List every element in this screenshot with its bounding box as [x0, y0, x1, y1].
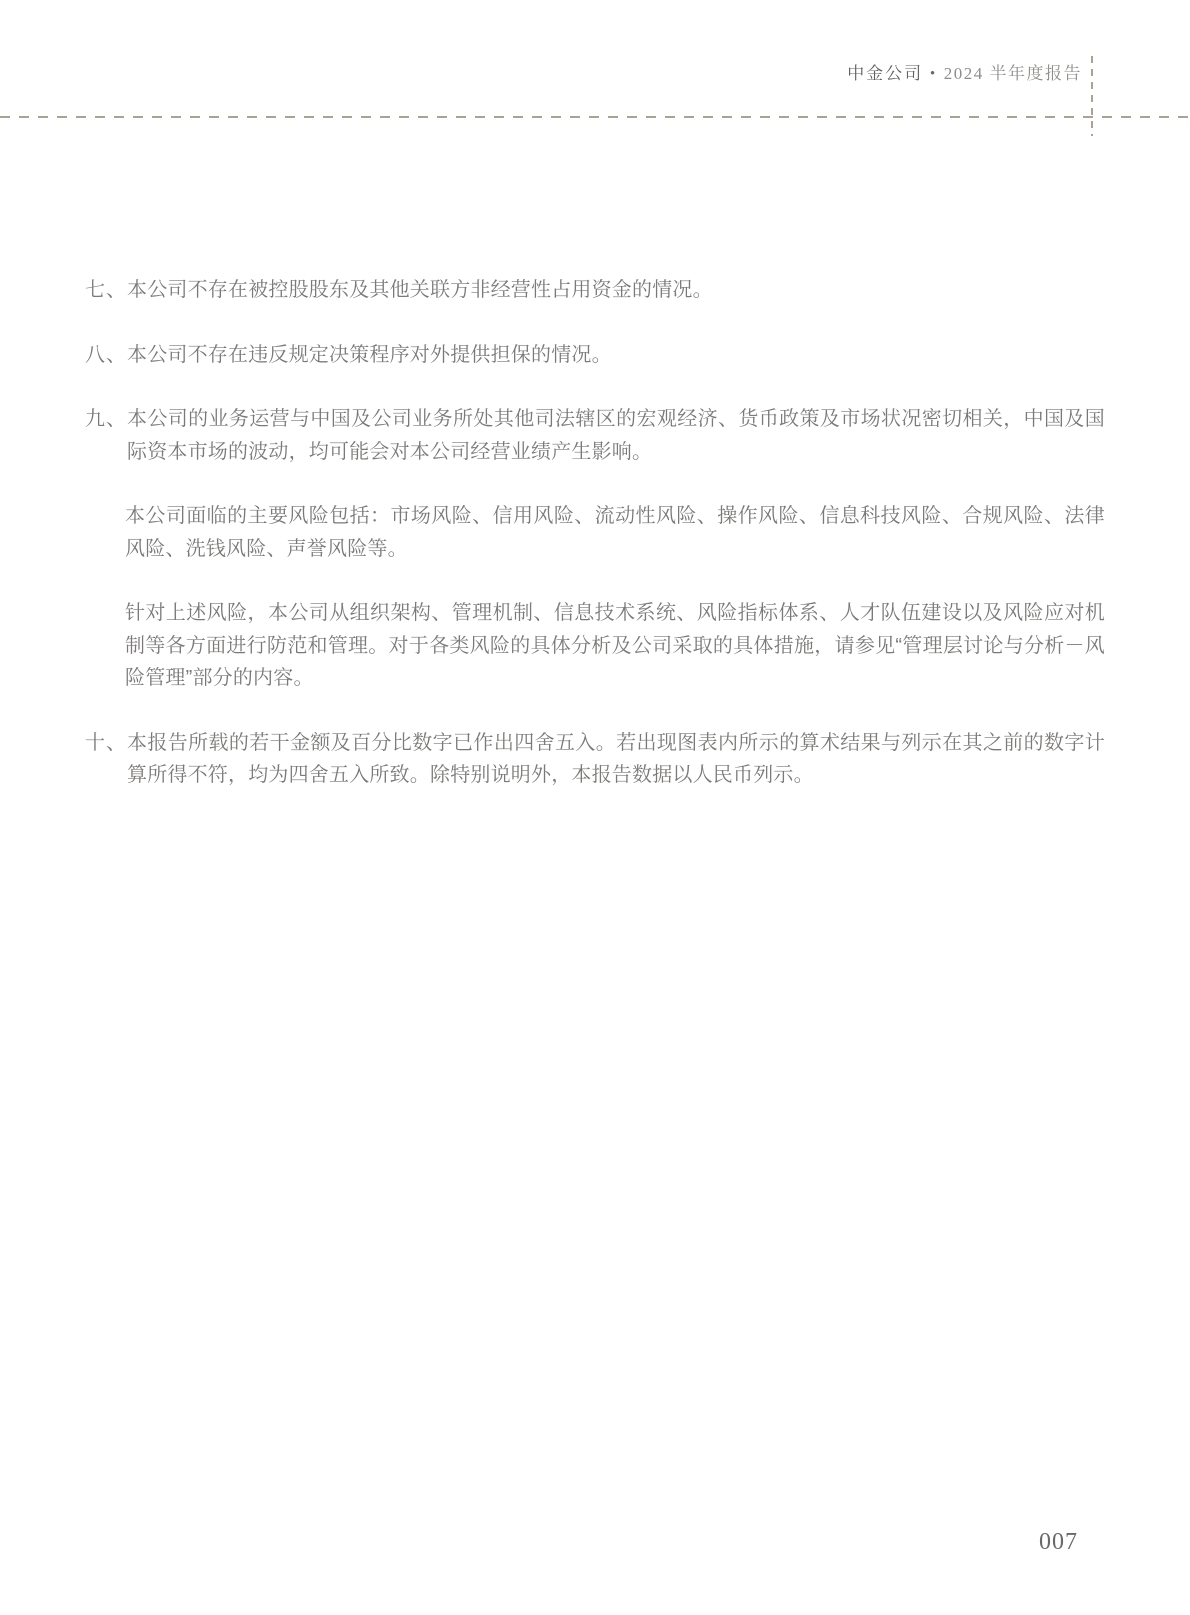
list-item-7: 七、 本公司不存在被控股股东及其他关联方非经营性占用资金的情况。: [85, 274, 1105, 307]
item-label: 九、: [85, 403, 127, 468]
bullet-separator-icon: •: [930, 65, 935, 80]
item-text: 本公司不存在被控股股东及其他关联方非经营性占用资金的情况。: [127, 274, 1105, 307]
list-item-9: 九、 本公司的业务运营与中国及公司业务所处其他司法辖区的宏观经济、货币政策及市场…: [85, 403, 1105, 468]
item-label: [85, 597, 125, 695]
horizontal-dashed-rule: [0, 116, 1190, 118]
item-label: 十、: [85, 727, 127, 792]
list-item-8: 八、 本公司不存在违反规定决策程序对外提供担保的情况。: [85, 339, 1105, 372]
item-text: 本公司的业务运营与中国及公司业务所处其他司法辖区的宏观经济、货币政策及市场状况密…: [127, 403, 1105, 468]
page-number: 007: [1039, 1529, 1078, 1556]
report-page: 中金公司•2024 半年度报告 七、 本公司不存在被控股股东及其他关联方非经营性…: [0, 0, 1190, 1615]
list-item-9-sub-1: 本公司面临的主要风险包括：市场风险、信用风险、流动性风险、操作风险、信息科技风险…: [85, 500, 1105, 565]
item-label: 七、: [85, 274, 127, 307]
report-title: 2024 半年度报告: [944, 64, 1082, 83]
item-text: 本公司面临的主要风险包括：市场风险、信用风险、流动性风险、操作风险、信息科技风险…: [125, 500, 1105, 565]
item-text: 针对上述风险，本公司从组织架构、管理机制、信息技术系统、风险指标体系、人才队伍建…: [125, 597, 1105, 695]
vertical-dashed-rule: [1091, 56, 1093, 136]
document-body: 七、 本公司不存在被控股股东及其他关联方非经营性占用资金的情况。 八、 本公司不…: [85, 274, 1105, 824]
item-label: 八、: [85, 339, 127, 372]
item-text: 本报告所载的若干金额及百分比数字已作出四舍五入。若出现图表内所示的算术结果与列示…: [127, 727, 1105, 792]
item-label: [85, 500, 125, 565]
item-text: 本公司不存在违反规定决策程序对外提供担保的情况。: [127, 339, 1105, 372]
page-header: 中金公司•2024 半年度报告: [847, 62, 1082, 85]
company-name: 中金公司: [847, 64, 923, 83]
list-item-9-sub-2: 针对上述风险，本公司从组织架构、管理机制、信息技术系统、风险指标体系、人才队伍建…: [85, 597, 1105, 695]
list-item-10: 十、 本报告所载的若干金额及百分比数字已作出四舍五入。若出现图表内所示的算术结果…: [85, 727, 1105, 792]
